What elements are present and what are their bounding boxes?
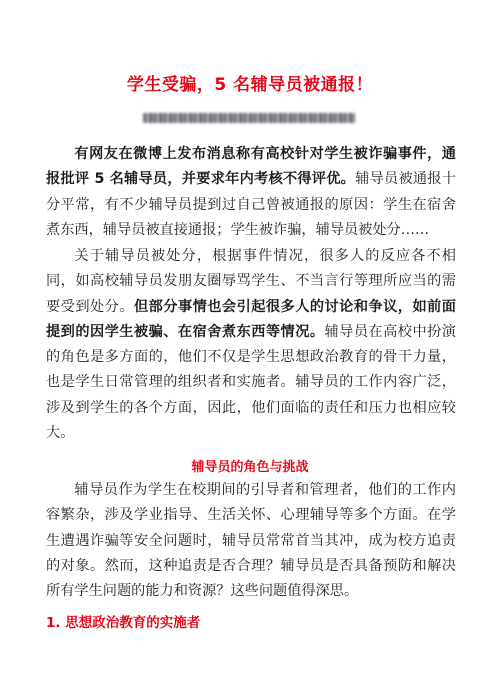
role-text: 辅导员作为学生在校期间的引导者和管理者，他们的工作内容繁杂，涉及学业指导、生活关… [46,482,456,599]
paragraph-role: 辅导员作为学生在校期间的引导者和管理者，他们的工作内容繁杂，涉及学业指导、生活关… [46,478,456,604]
paragraph-intro: 有网友在微博上发布消息称有高校针对学生被诈骗事件，通报批评 5 名辅导员，并要求… [46,142,456,243]
paragraph-discussion: 关于辅导员被处分，根据事件情况，很多人的反应各不相同，如高校辅导员发朋友圈辱骂学… [46,244,456,446]
blurred-subtitle [143,113,355,123]
article-title: 学生受骗，5 名辅导员被通报！ [0,70,500,95]
discussion-text-after: 辅导员在高校中扮演的角色是多方面的，他们不仅是学生思想政治教育的骨干力量，也是学… [46,324,456,441]
section-heading: 辅导员的角色与挑战 [0,456,500,475]
sub-heading: 1. 思想政治教育的实施者 [46,611,200,631]
